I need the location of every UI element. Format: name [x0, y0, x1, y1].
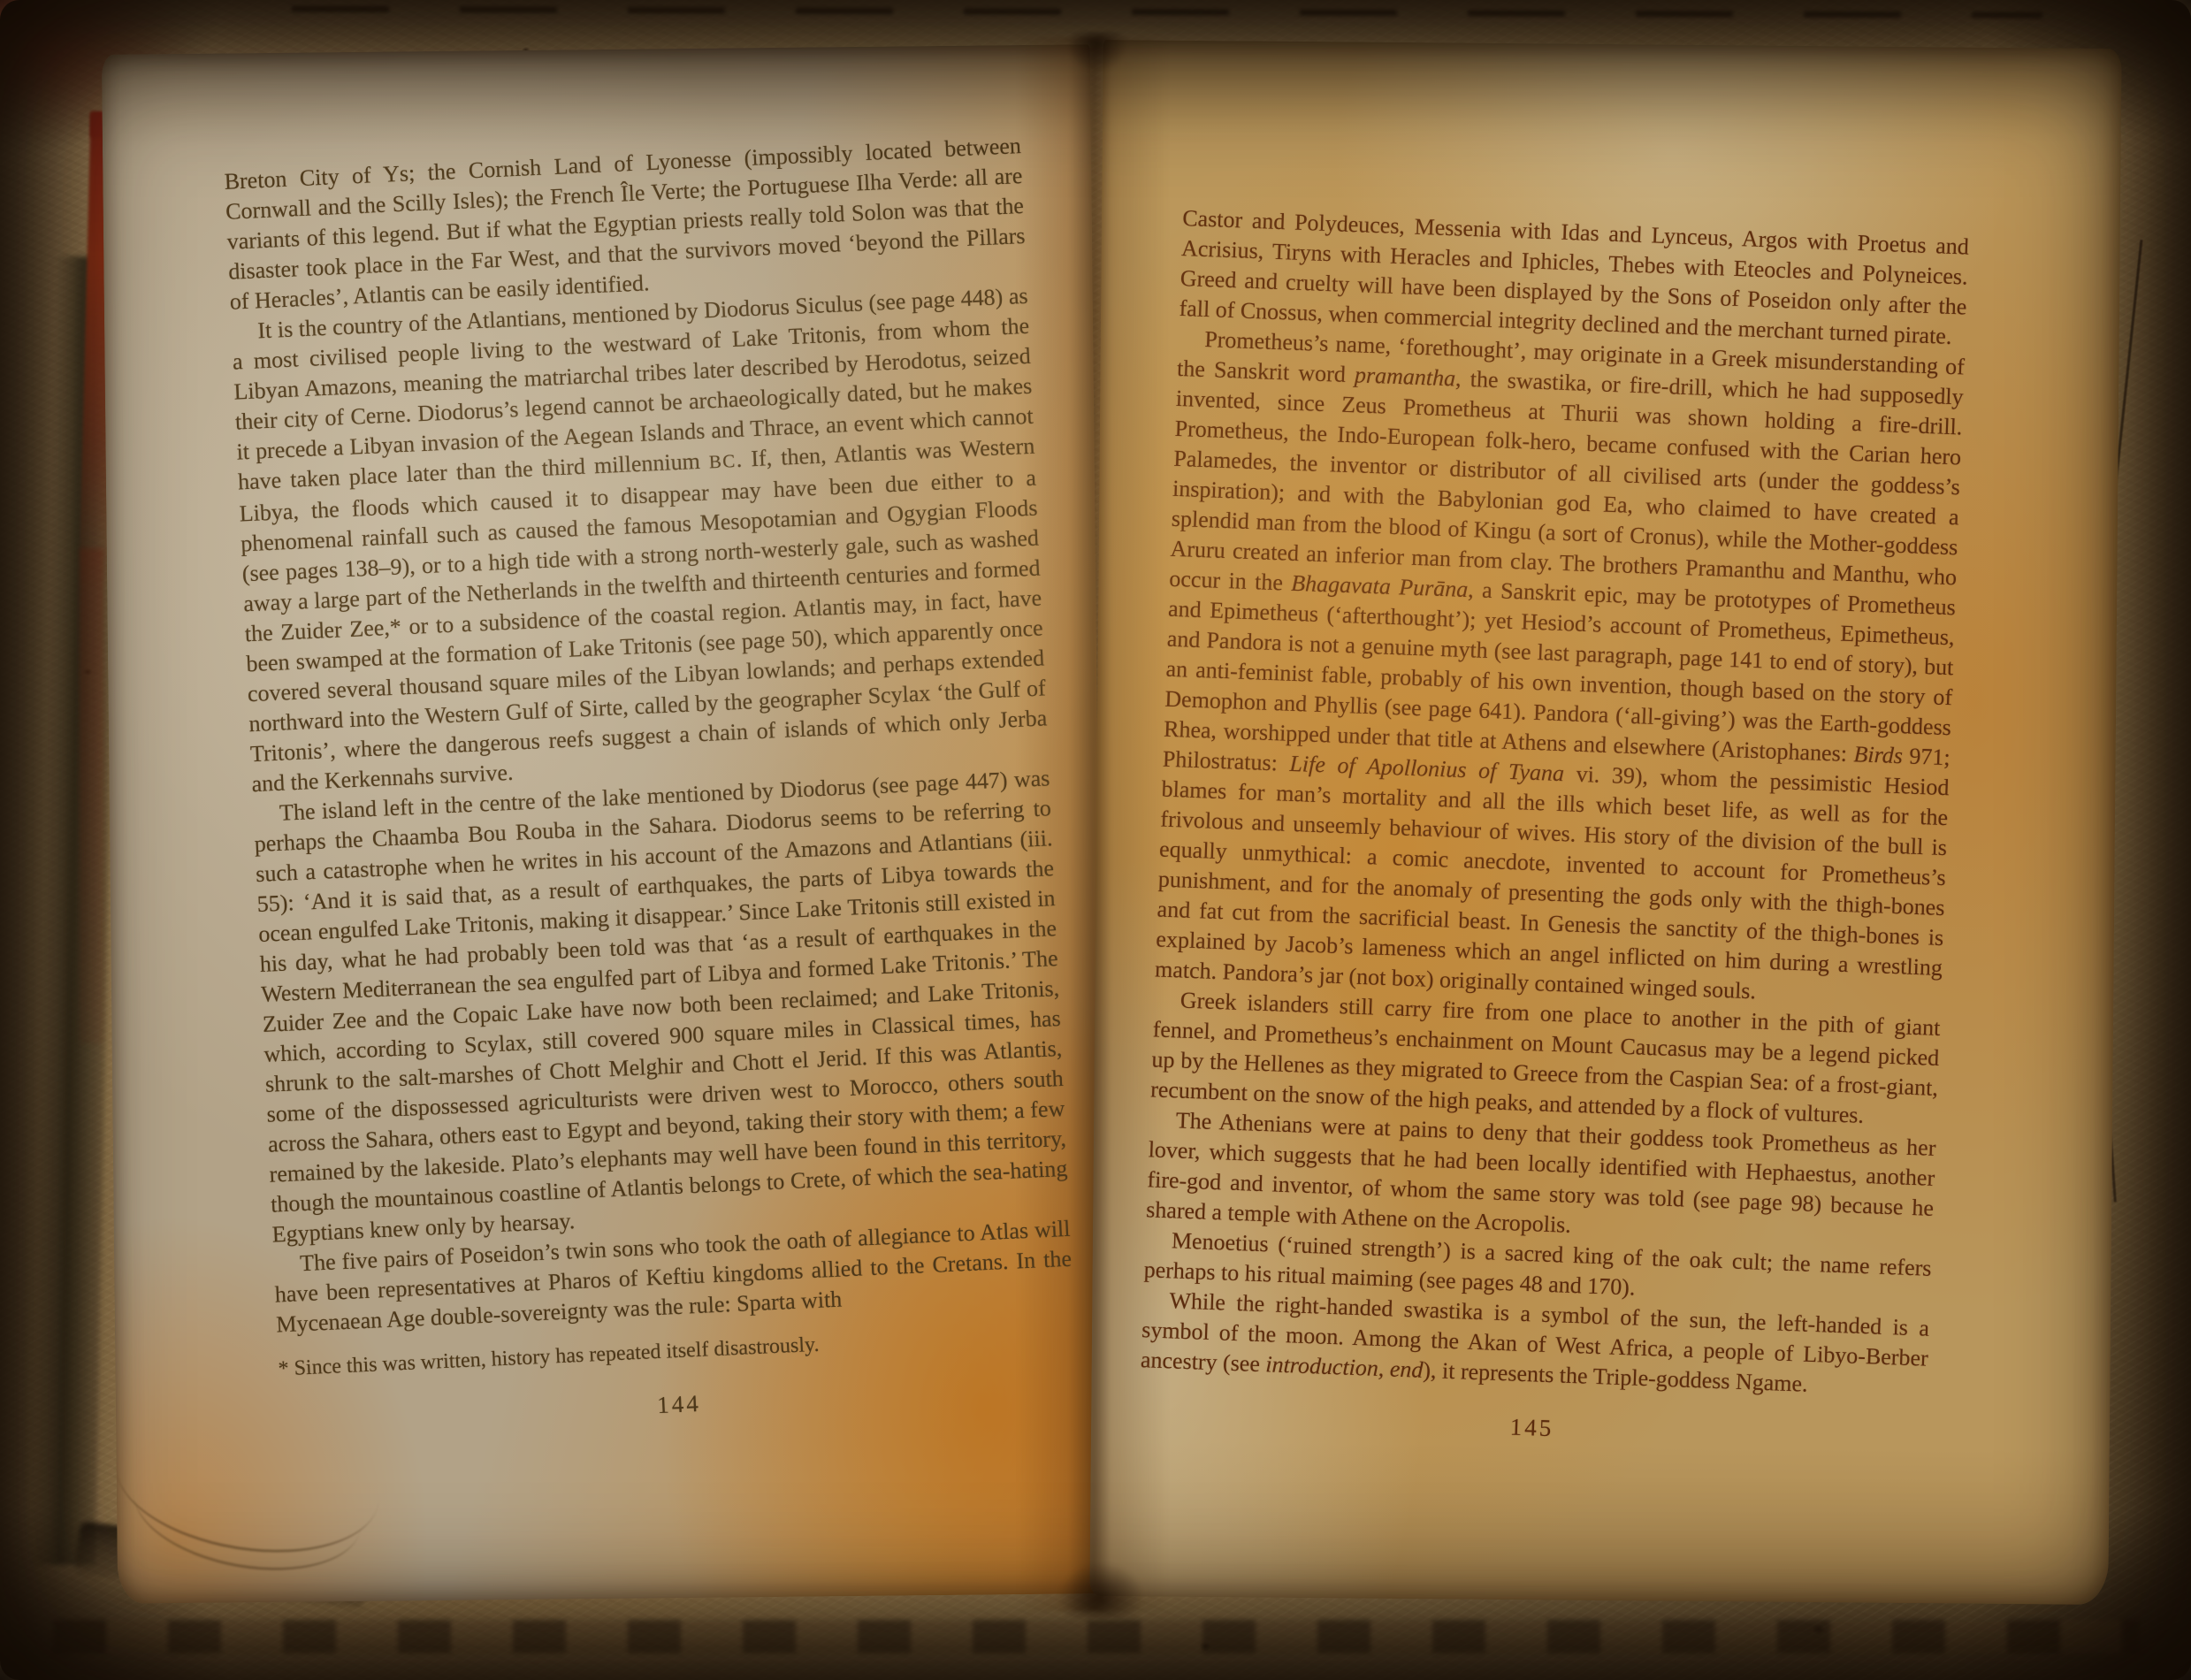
- spine-bottom-shadow: [1043, 1539, 1158, 1618]
- paragraph: It is the country of the Atlantians, men…: [231, 281, 1050, 799]
- frame-bottom-crack-band: [53, 1620, 2140, 1653]
- text-run: , a Sanskrit epic, may be prototypes of …: [1164, 577, 1957, 767]
- left-page-paragraphs: Breton City of Ys; the Cornish Land of L…: [224, 131, 1073, 1340]
- right-page-paragraphs: Castor and Polydeuces, Messenia with Ida…: [1140, 203, 1969, 1404]
- endpaper-red-stripe-left-faded: [80, 548, 104, 1043]
- right-page-text: Castor and Polydeuces, Messenia with Ida…: [1138, 203, 1969, 1457]
- text-run: vi. 39), whom the pessimistic Hesiod bla…: [1155, 760, 1950, 1004]
- italic-text-run: Bhagavata Purāna: [1291, 570, 1469, 602]
- spine-top-shadow: [1057, 32, 1137, 94]
- paragraph: Prometheus’s name, ‘forethought’, may or…: [1155, 324, 1966, 1013]
- text-run: BC: [708, 451, 737, 472]
- left-page-text: Breton City of Ys; the Cornish Land of L…: [224, 131, 1078, 1437]
- book-photo: Breton City of Ys; the Cornish Land of L…: [0, 0, 2191, 1680]
- text-run: , the swastika, or fire-drill, which he …: [1169, 365, 1964, 595]
- paragraph: The island left in the centre of the lak…: [252, 763, 1069, 1249]
- italic-text-run: Life of Apollonius of Tyana: [1289, 751, 1565, 786]
- italic-text-run: introduction, end: [1265, 1351, 1424, 1383]
- italic-text-run: pramantha: [1355, 362, 1456, 391]
- text-run: The island left in the centre of the lak…: [254, 765, 1068, 1247]
- text-run: Greek islanders still carry fire from on…: [1150, 988, 1941, 1128]
- italic-text-run: Birds: [1853, 741, 1903, 768]
